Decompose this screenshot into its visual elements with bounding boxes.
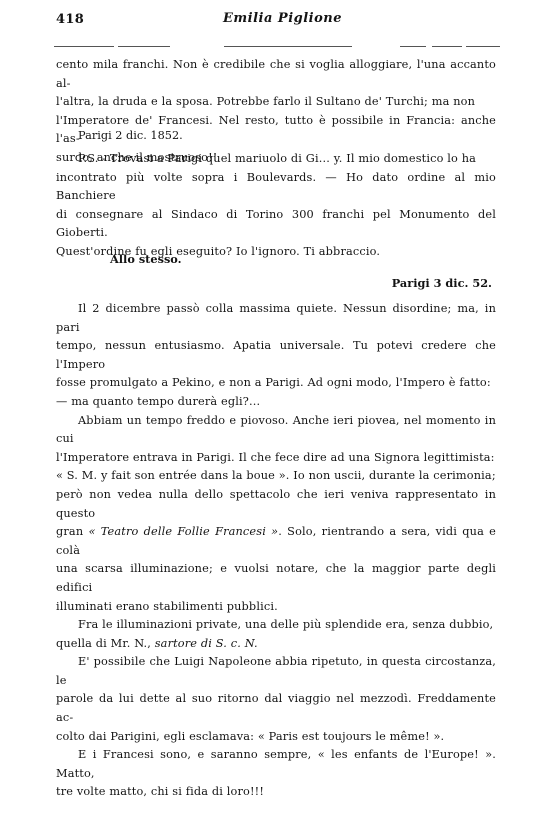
header-rule [466, 46, 500, 47]
italic-title: « Teatro delle Follie Francesi » [88, 525, 278, 538]
text-line: Abbiam un tempo freddo e piovoso. Anche … [56, 412, 496, 449]
text-line: Il 2 dicembre passò colla massima quiete… [56, 300, 496, 337]
text-span: quella di Mr. N., [56, 637, 155, 650]
text-span: gran [56, 525, 88, 538]
text-line: l'altra, la druda e la sposa. Potrebbe f… [56, 93, 496, 112]
text-line: una scarsa illuminazione; e vuolsi notar… [56, 560, 496, 597]
text-line: — ma quanto tempo durerà egli?... [56, 393, 496, 412]
text-line: fosse promulgato a Pekino, e non a Parig… [56, 374, 496, 393]
text-line: quella di Mr. N., sartore di S. c. N. [56, 635, 496, 654]
letter-date-2: Parigi 3 dic. 52. [392, 276, 492, 290]
text-line: P.S. - Trovasi a Parigi quel mariuolo di… [56, 150, 496, 169]
text-line: parole da lui dette al suo ritorno dal v… [56, 690, 496, 727]
letter-heading: Allo stesso. [110, 252, 182, 266]
text-line: Fra le illuminazioni private, una delle … [56, 616, 496, 635]
header-rule [432, 46, 462, 47]
text-line: illuminati erano stabilimenti pubblici. [56, 598, 496, 617]
postscript: P.S. - Trovasi a Parigi quel mariuolo di… [56, 150, 496, 262]
text-line: però non vedea nulla dello spettacolo ch… [56, 486, 496, 523]
letter-body: Il 2 dicembre passò colla massima quiete… [56, 300, 496, 802]
page-number: 418 [56, 12, 84, 27]
text-line: colto dai Parigini, egli esclamava: « Pa… [56, 728, 496, 747]
text-line: tre volte matto, chi si fida di loro!!! [56, 783, 496, 802]
italic-text: sartore di S. c. N. [155, 637, 258, 650]
running-title: Emilia Piglione [223, 11, 342, 26]
text-line: incontrato più volte sopra i Boulevards.… [56, 169, 496, 206]
text-line: l'Imperatore entrava in Parigi. Il che f… [56, 449, 496, 468]
header-rule [54, 46, 114, 47]
header-rule [400, 46, 426, 47]
text-line: E i Francesi sono, e saranno sempre, « l… [56, 746, 496, 783]
text-line: gran « Teatro delle Follie Francesi ». S… [56, 523, 496, 560]
text-line: « S. M. y fait son entrée dans la boue »… [56, 467, 496, 486]
letter-date-1: Parigi 2 dic. 1852. [78, 129, 183, 142]
running-head: 418 Emilia Piglione [56, 12, 496, 32]
header-rule [118, 46, 170, 47]
text-line: di consegnare al Sindaco di Torino 300 f… [56, 206, 496, 243]
text-line: tempo, nessun entusiasmo. Apatia univers… [56, 337, 496, 374]
header-rule [224, 46, 352, 47]
text-line: cento mila franchi. Non è credibile che … [56, 56, 496, 93]
text-line: E' possibile che Luigi Napoleone abbia r… [56, 653, 496, 690]
